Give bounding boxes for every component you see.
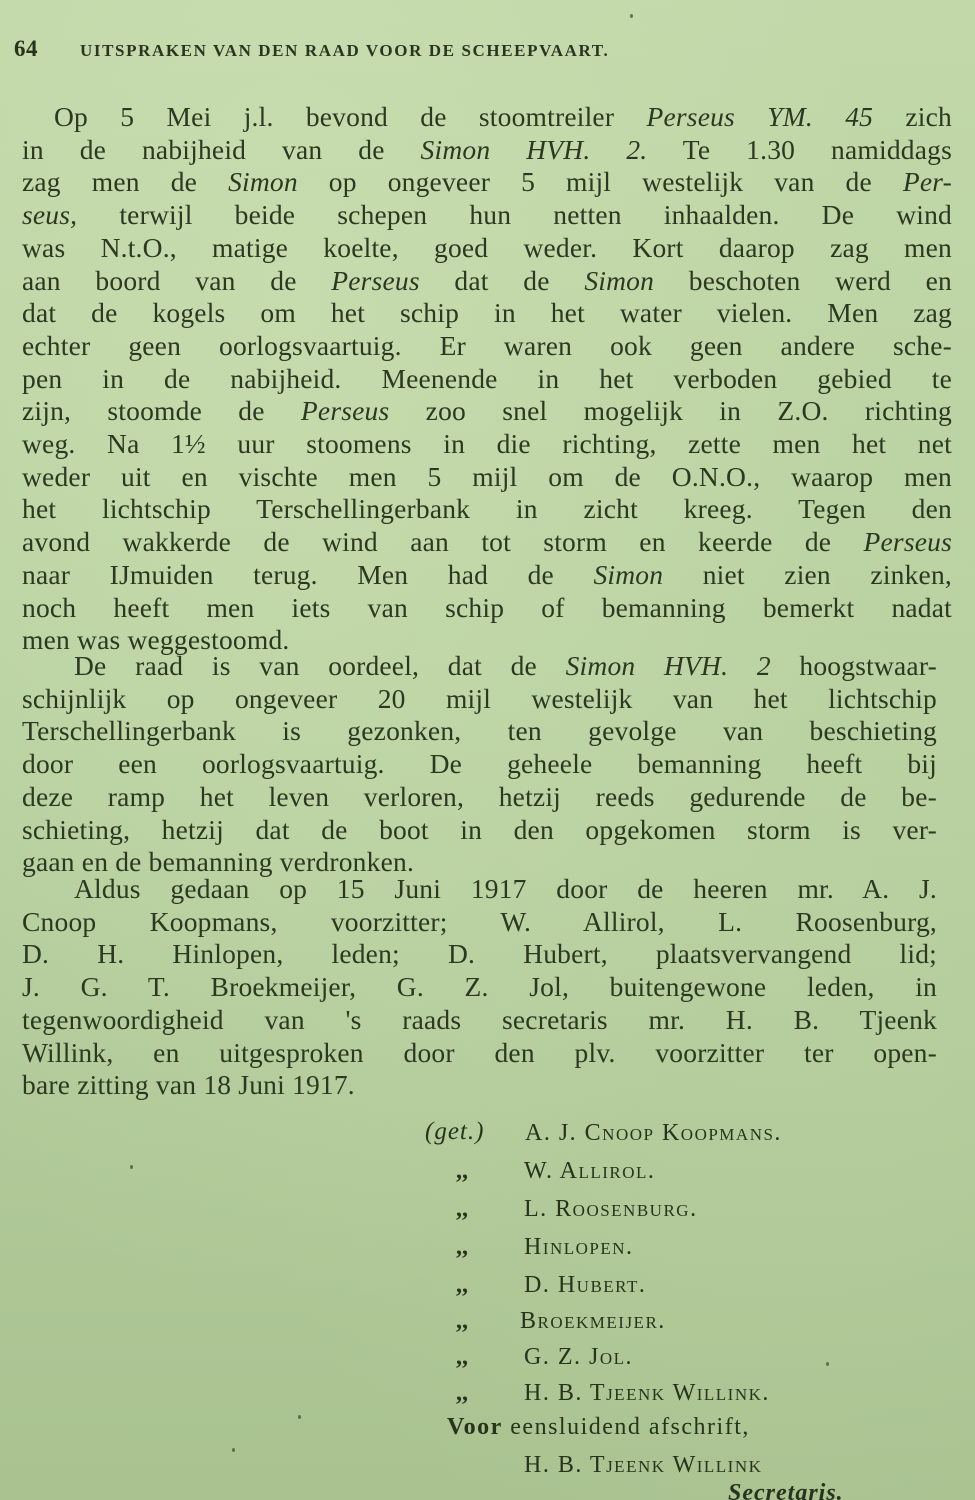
ditto-mark: ,, [456, 1344, 468, 1371]
text-line: De raad is van oordeel, dat de Simon HVH… [22, 650, 937, 683]
text-line: naar IJmuiden terug. Men had de Simon ni… [22, 559, 952, 592]
text-line: tegenwoordigheid van 's raads secretaris… [22, 1004, 937, 1037]
signatory-name: D. Hubert. [524, 1272, 646, 1299]
signatory-name: W. Allirol. [524, 1158, 655, 1185]
paragraph-signed-by: Aldus gedaan op 15 Juni 1917 door de hee… [22, 873, 937, 1102]
text-line: Cnoop Koopmans, voorzitter; W. Allirol, … [22, 906, 937, 939]
signatory-name: H. B. Tjeenk Willink. [524, 1380, 770, 1407]
signed-label: (get.) [425, 1118, 484, 1146]
paragraph-incident-report: Op 5 Mei j.l. bevond de stoomtreiler Per… [22, 101, 952, 657]
text-line: door een oorlogsvaartuig. De geheele bem… [22, 748, 937, 781]
text-line: aan boord van de Perseus dat de Simon be… [22, 265, 952, 298]
text-line: noch heeft men iets van schip of bemanni… [22, 592, 952, 625]
document-page: 64 UITSPRAKEN VAN DEN RAAD VOOR DE SCHEE… [0, 0, 975, 1500]
text-line: zijn, stoomde de Perseus zoo snel mogeli… [22, 395, 952, 428]
ditto-mark: ,, [456, 1196, 468, 1223]
text-line: pen in de nabijheid. Meenende in het ver… [22, 363, 952, 396]
text-line: D. H. Hinlopen, leden; D. Hubert, plaats… [22, 938, 937, 971]
running-head: UITSPRAKEN VAN DEN RAAD VOOR DE SCHEEPVA… [80, 41, 609, 61]
paper-speck [630, 14, 633, 18]
secretary-name: H. B. Tjeenk Willink [524, 1452, 762, 1479]
signatory-name: Hinlopen. [524, 1234, 634, 1261]
text-line: J. G. T. Broekmeijer, G. Z. Jol, buiteng… [22, 971, 937, 1004]
paper-speck [298, 1415, 301, 1419]
text-line: Willink, en uitgesproken door den plv. v… [22, 1037, 937, 1070]
text-line: zag men de Simon op ongeveer 5 mijl west… [22, 166, 952, 199]
paragraph-verdict: De raad is van oordeel, dat de Simon HVH… [22, 650, 937, 879]
text-line: Aldus gedaan op 15 Juni 1917 door de hee… [22, 873, 937, 906]
text-line: weg. Na 1½ uur stoomens in die richting,… [22, 428, 952, 461]
text-line: dat de kogels om het schip in het water … [22, 297, 952, 330]
signatory-name: L. Roosenburg. [524, 1196, 698, 1223]
text-line: deze ramp het leven verloren, hetzij ree… [22, 781, 937, 814]
text-line: weder uit en vischte men 5 mijl om de O.… [22, 461, 952, 494]
ditto-mark: ,, [456, 1234, 468, 1261]
paper-speck [826, 1362, 829, 1366]
ditto-mark: ,, [456, 1380, 468, 1407]
text-line: avond wakkerde de wind aan tot storm en … [22, 526, 952, 559]
ditto-mark: ,, [456, 1308, 468, 1335]
signatory-name: Broekmeijer. [520, 1308, 666, 1335]
text-line: het lichtschip Terschellingerbank in zic… [22, 493, 952, 526]
signatory-name: A. J. Cnoop Koopmans. [525, 1120, 782, 1147]
text-line: Terschellingerbank is gezonken, ten gevo… [22, 715, 937, 748]
text-line: echter geen oorlogsvaartuig. Er waren oo… [22, 330, 952, 363]
ditto-mark: ,, [456, 1158, 468, 1185]
certification-line: Voor eensluidend afschrift, [447, 1414, 750, 1441]
text-line: schieting, hetzij dat de boot in den opg… [22, 814, 937, 847]
text-line: seus, terwijl beide schepen hun netten i… [22, 199, 952, 232]
text-line: in de nabijheid van de Simon HVH. 2. Te … [22, 134, 952, 167]
page-number: 64 [14, 36, 38, 62]
paper-speck [130, 1165, 133, 1169]
ditto-mark: ,, [456, 1272, 468, 1299]
text-line: bare zitting van 18 Juni 1917. [22, 1069, 937, 1102]
signatory-name: G. Z. Jol. [524, 1344, 633, 1371]
secretary-title: Secretaris. [728, 1480, 844, 1500]
text-line: was N.t.O., matige koelte, goed weder. K… [22, 232, 952, 265]
text-line: Op 5 Mei j.l. bevond de stoomtreiler Per… [22, 101, 952, 134]
paper-speck [232, 1448, 235, 1452]
text-line: schijnlijk op ongeveer 20 mijl westelijk… [22, 683, 937, 716]
page-header: 64 UITSPRAKEN VAN DEN RAAD VOOR DE SCHEE… [14, 36, 964, 66]
